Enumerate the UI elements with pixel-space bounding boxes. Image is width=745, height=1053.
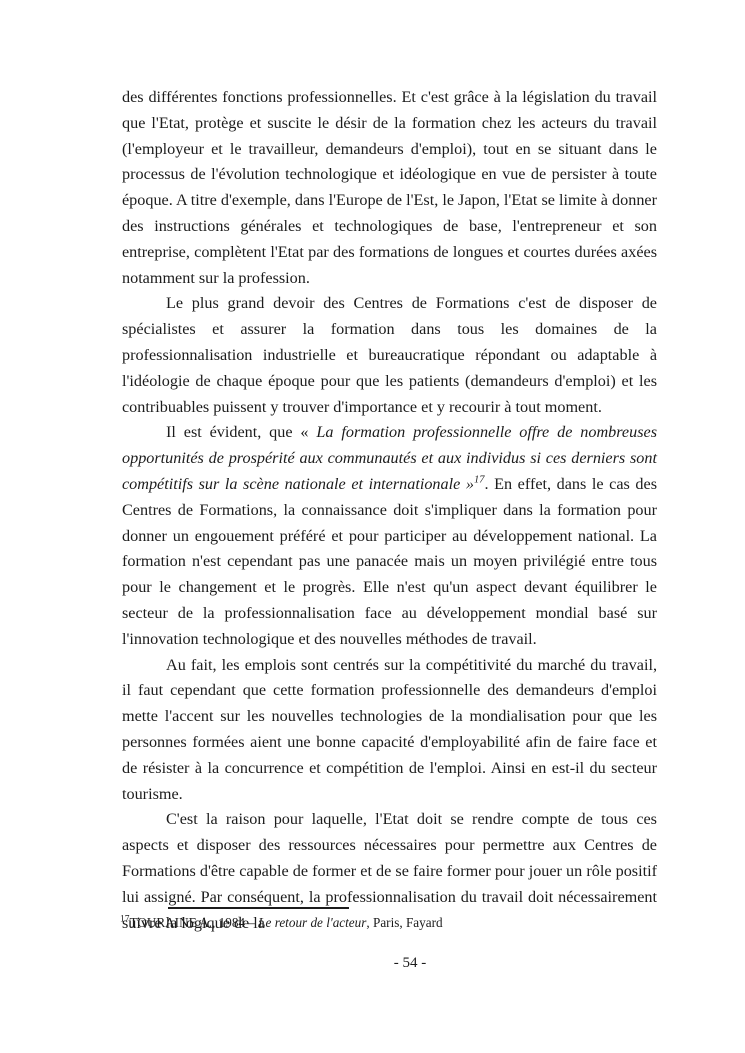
footnote-author-year: TOURAINE A., 1984 –: [130, 915, 259, 930]
paragraph-4: Au fait, les emplois sont centrés sur la…: [122, 653, 657, 808]
body-text: des différentes fonctions professionnell…: [122, 85, 657, 936]
footnote-separator: [168, 907, 349, 909]
paragraph-3: Il est évident, que « La formation profe…: [122, 420, 657, 652]
paragraph-3-intro: Il est évident, que «: [166, 423, 316, 441]
footnote-number: 17: [120, 915, 130, 925]
footnote-reference: 17: [474, 475, 485, 486]
paragraph-4-text: Au fait, les emplois sont centrés sur la…: [122, 656, 657, 803]
paragraph-1-text: des différentes fonctions professionnell…: [122, 88, 657, 287]
footnote: 17TOURAINE A., 1984 – Le retour de l'act…: [120, 914, 655, 932]
paragraph-2-text: Le plus grand devoir des Centres de Form…: [122, 294, 657, 415]
footnote-book-title: Le retour de l'acteur: [258, 915, 366, 930]
paragraph-2: Le plus grand devoir des Centres de Form…: [122, 291, 657, 420]
page-number: - 54 -: [122, 953, 698, 973]
footnote-publisher: , Paris, Fayard: [366, 915, 442, 930]
paragraph-3-rest: . En effet, dans le cas des Centres de F…: [122, 475, 657, 648]
paragraph-1: des différentes fonctions professionnell…: [122, 85, 657, 291]
document-page: des différentes fonctions professionnell…: [0, 0, 745, 1053]
